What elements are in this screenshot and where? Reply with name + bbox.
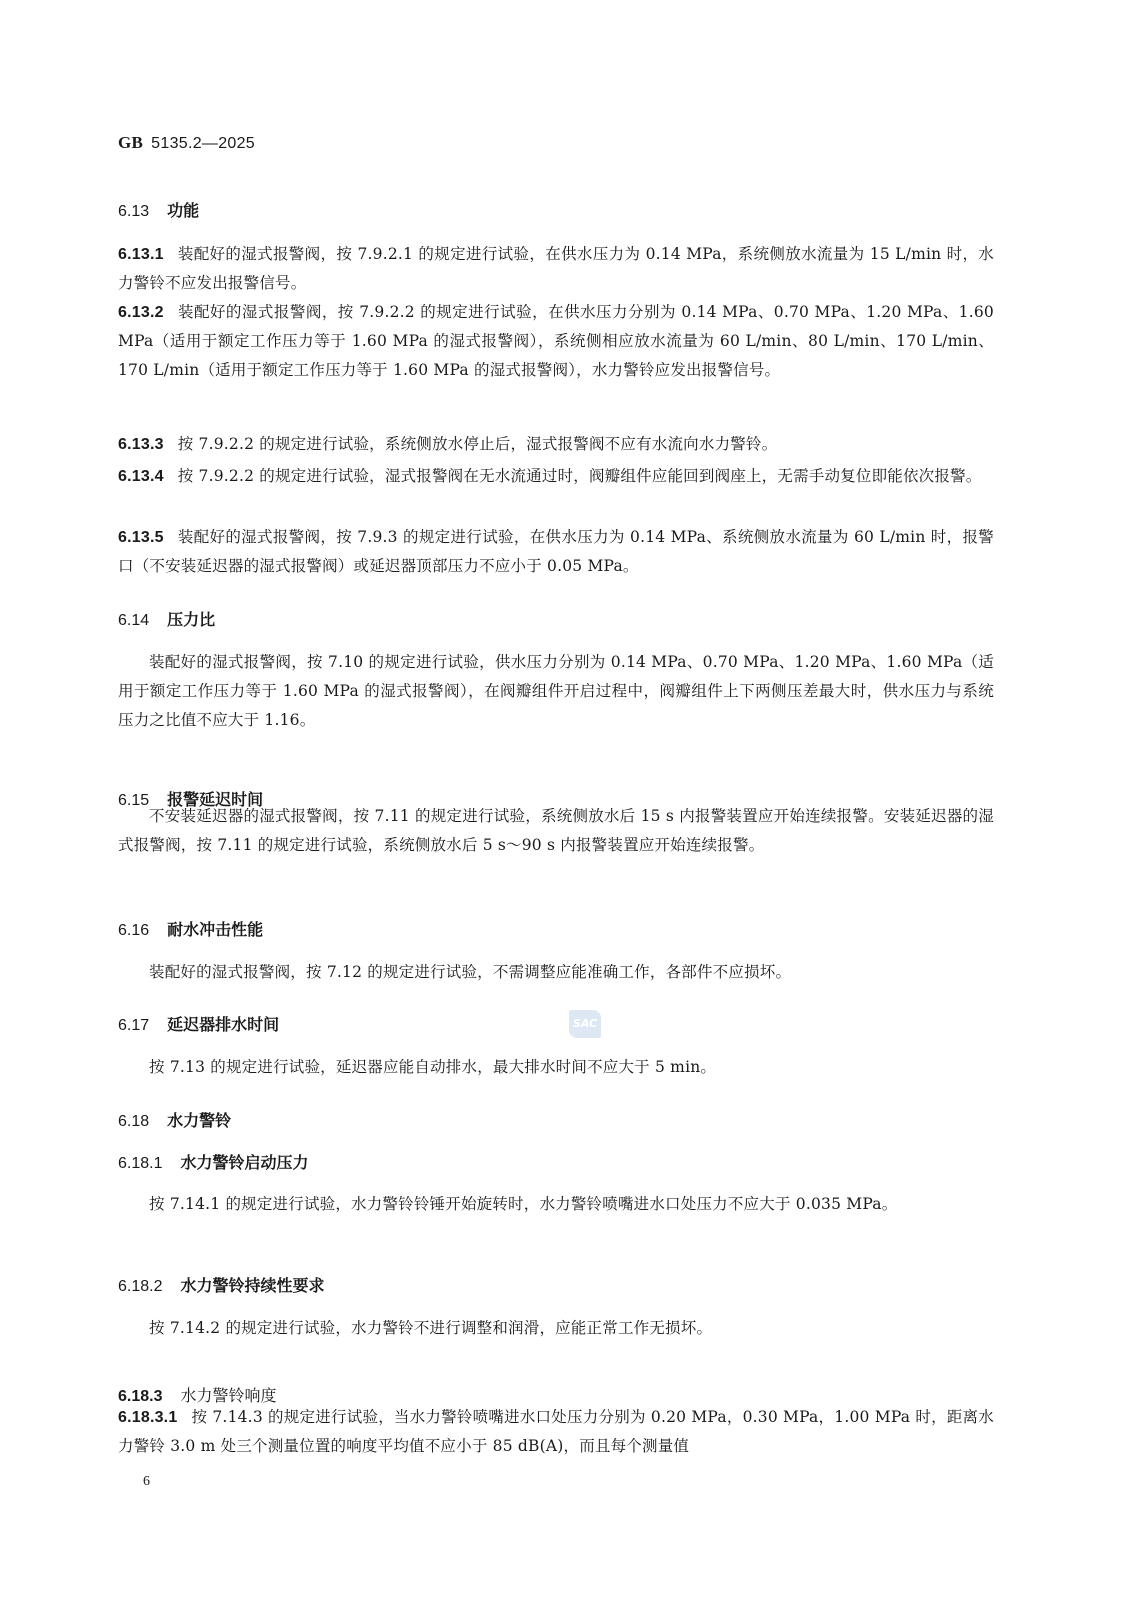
paragraph-6-17: 按 7.13 的规定进行试验，延迟器应能自动排水，最大排水时间不应大于 5 mi… [118, 1053, 994, 1082]
sac-watermark-logo: SAC [569, 1010, 601, 1038]
paragraph-6-18-2: 按 7.14.2 的规定进行试验，水力警铃不进行调整和润滑，应能正常工作无损坏。 [118, 1314, 994, 1343]
paragraph-6-15-text: 不安装延迟器的湿式报警阀，按 7.11 的规定进行试验，系统侧放水后 15 s … [118, 802, 994, 860]
section-heading-6-16: 6.16耐水冲击性能 [118, 917, 994, 940]
clause-6-13-2: 6.13.2装配好的湿式报警阀，按 7.9.2.2 的规定进行试验，在供水压力分… [118, 298, 994, 385]
section-heading-6-18: 6.18水力警铃 [118, 1108, 994, 1131]
section-heading-6-18-1: 6.18.1水力警铃启动压力 [118, 1150, 994, 1173]
paragraph-6-16: 装配好的湿式报警阀，按 7.12 的规定进行试验，不需调整应能准确工作，各部件不… [118, 958, 994, 987]
clause-6-13-3: 6.13.3按 7.9.2.2 的规定进行试验，系统侧放水停止后，湿式报警阀不应… [118, 430, 994, 459]
paragraph-6-14: 装配好的湿式报警阀，按 7.10 的规定进行试验，供水压力分别为 0.14 MP… [118, 648, 994, 735]
section-heading-6-18-2: 6.18.2水力警铃持续性要求 [118, 1273, 994, 1296]
standard-number-header: GB5135.2—2025 [118, 133, 255, 153]
clause-6-18-3-1: 6.18.3.1按 7.14.3 的规定进行试验，当水力警铃喷嘴进水口处压力分别… [118, 1403, 994, 1461]
clause-6-13-5: 6.13.5装配好的湿式报警阀，按 7.9.3 的规定进行试验，在供水压力为 0… [118, 523, 994, 581]
standard-prefix: GB [118, 133, 143, 152]
section-heading-6-17: 6.17延迟器排水时间 [118, 1012, 994, 1035]
clause-6-13-4: 6.13.4按 7.9.2.2 的规定进行试验，湿式报警阀在无水流通过时，阀瓣组… [118, 462, 994, 491]
paragraph-6-18-1: 按 7.14.1 的规定进行试验，水力警铃铃锤开始旋转时，水力警铃喷嘴进水口处压… [118, 1190, 994, 1219]
page-number: 6 [143, 1474, 150, 1490]
section-heading-6-13: 6.13功能 [118, 198, 994, 221]
section-heading-6-14: 6.14压力比 [118, 607, 994, 630]
standard-number: 5135.2—2025 [151, 135, 255, 152]
clause-6-13-1: 6.13.1装配好的湿式报警阀，按 7.9.2.1 的规定进行试验，在供水压力为… [118, 240, 994, 298]
